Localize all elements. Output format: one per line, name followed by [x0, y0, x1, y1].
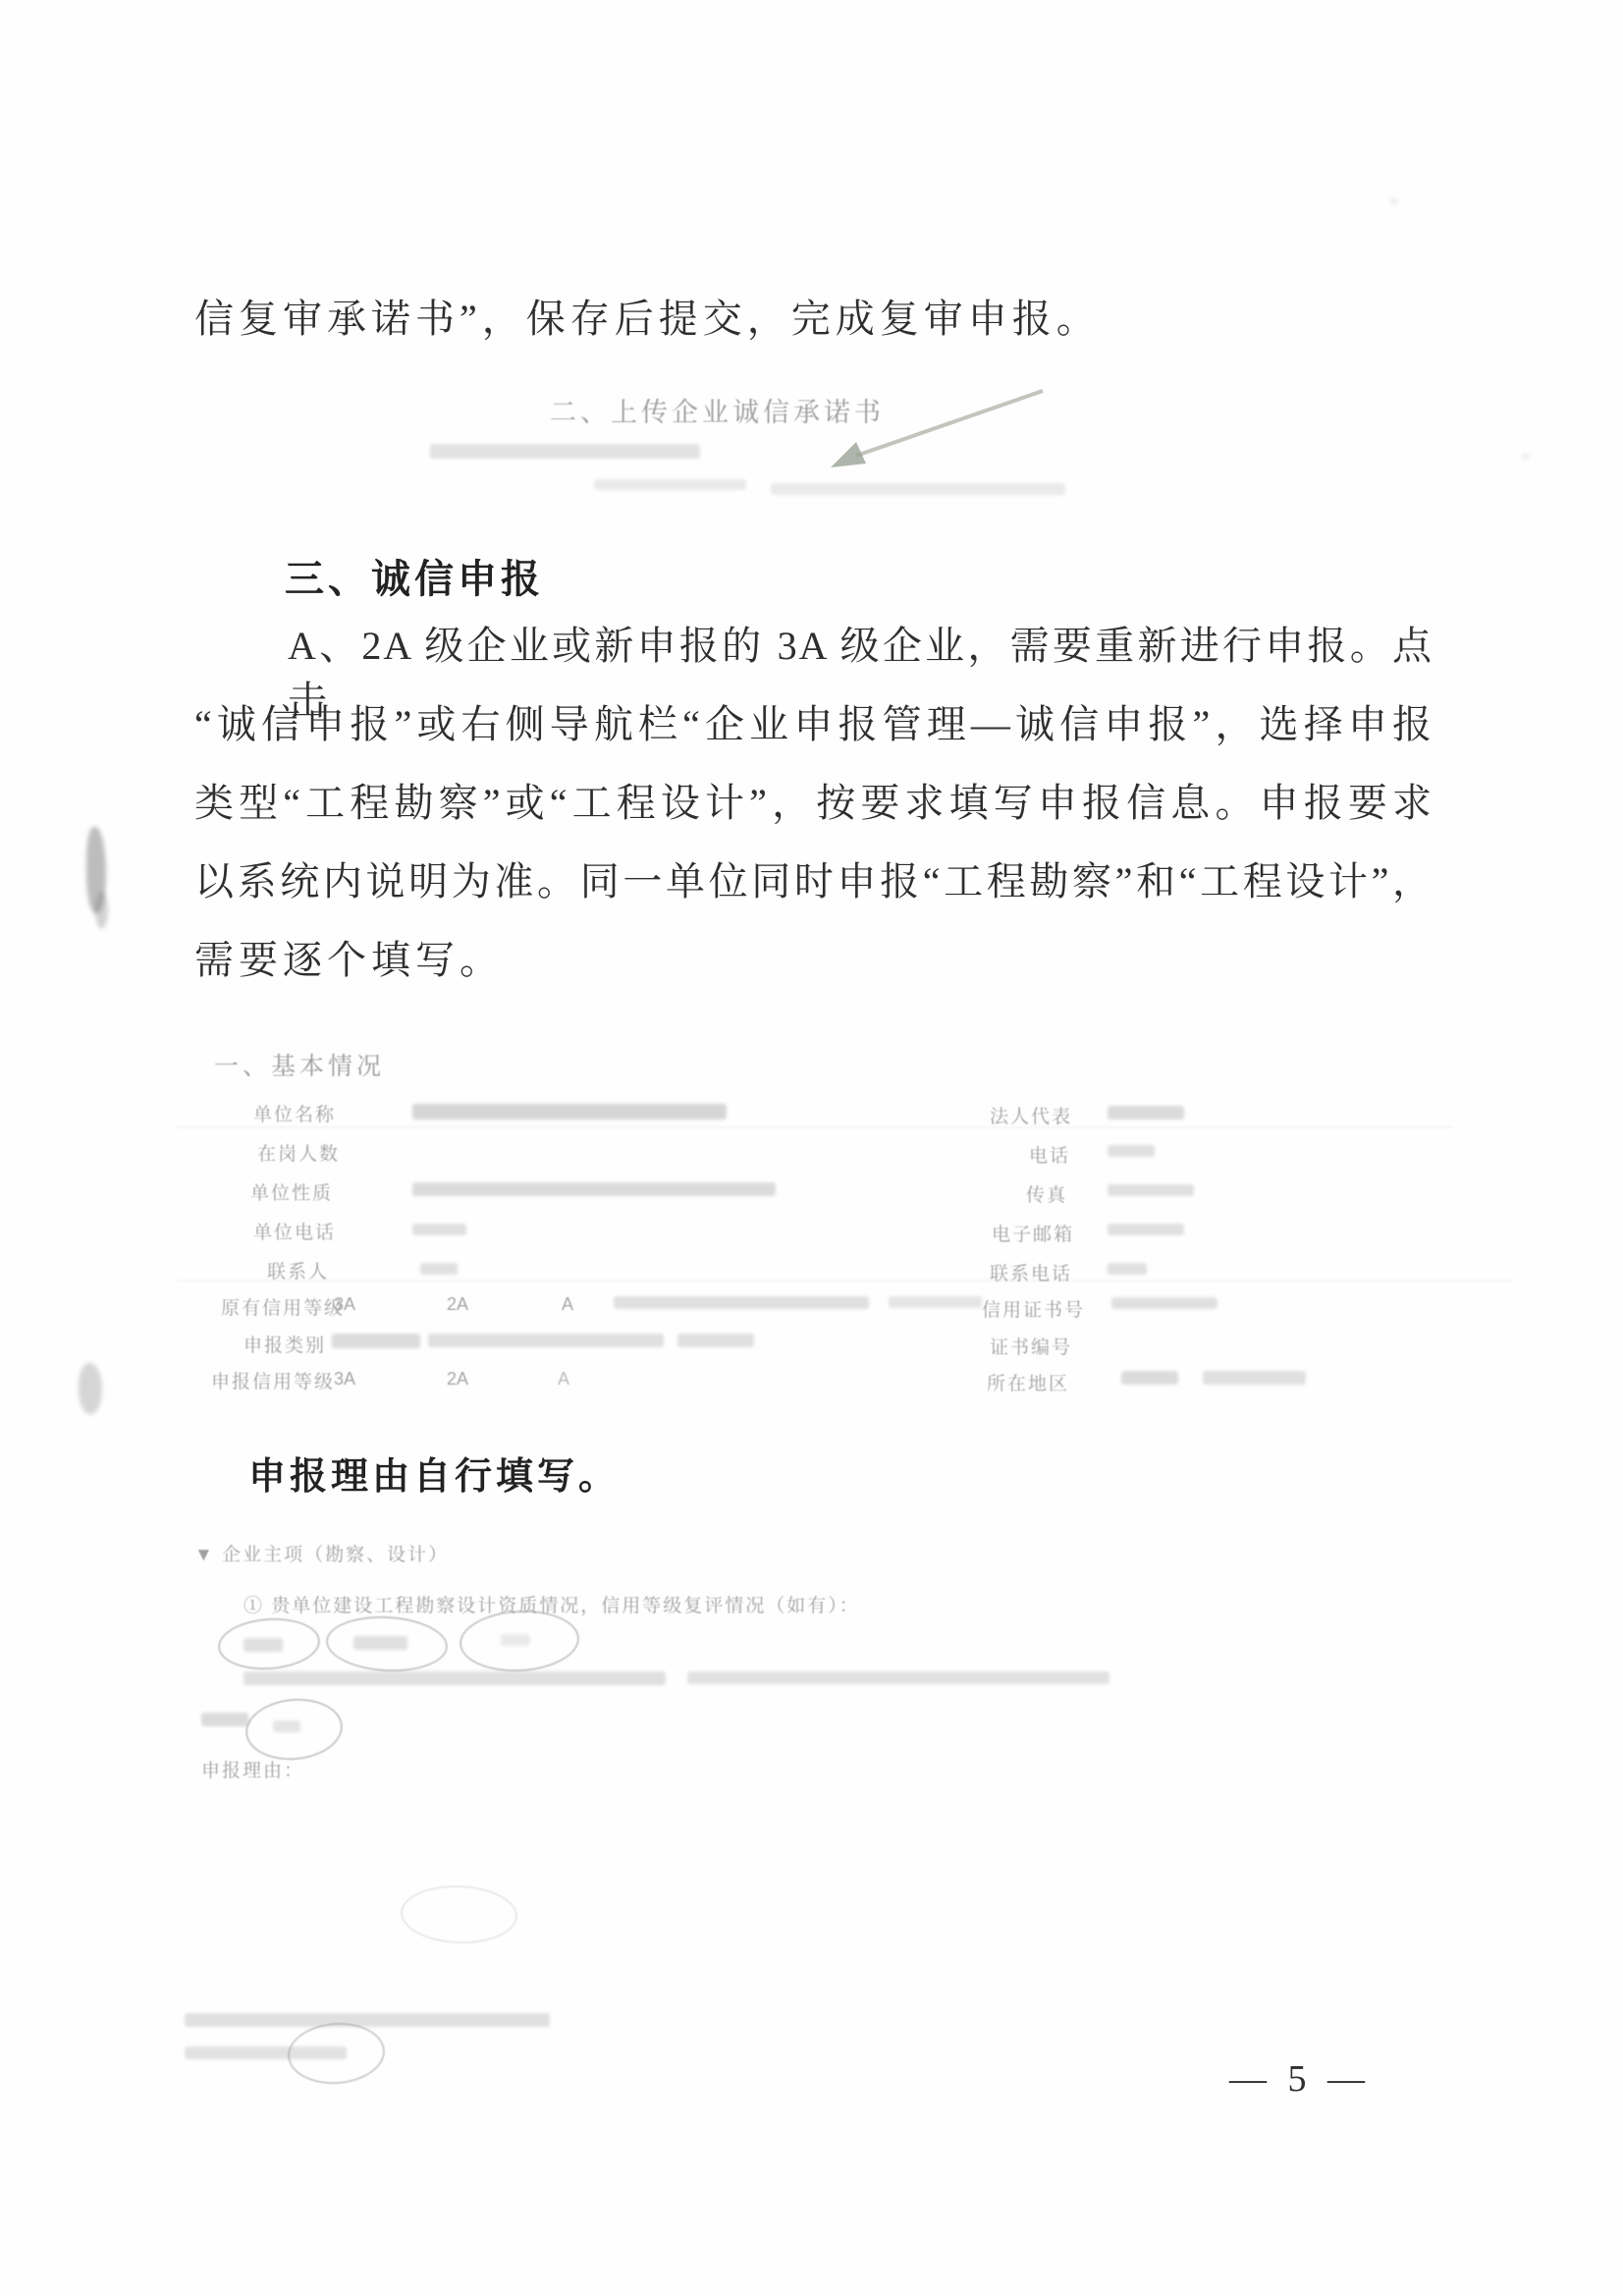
apply-grade-option: A	[558, 1369, 569, 1390]
illegible-text-blob	[412, 1182, 776, 1196]
illegible-text-blob	[332, 1334, 420, 1348]
continuation-line: 信复审承诺书”，保存后提交，完成复审申报。	[194, 292, 1101, 347]
form-field-label: 电子邮箱	[992, 1220, 1074, 1246]
document-page: 信复审承诺书”，保存后提交，完成复审申报。 二、上传企业诚信承诺书 三、诚信申报…	[0, 0, 1623, 2296]
hand-drawn-circle	[400, 1884, 518, 1945]
reason-screenshot-header: ▼ 企业主项（勘察、设计）	[194, 1540, 449, 1566]
illegible-text-blob	[771, 483, 1065, 495]
page-number: — 5 —	[1229, 2057, 1371, 2101]
form-screenshot-title: 一、基本情况	[214, 1047, 385, 1082]
illegible-text-blob	[889, 1296, 982, 1308]
illegible-text-blob	[1108, 1106, 1184, 1120]
illegible-text-blob	[1108, 1224, 1184, 1235]
annotation-arrow-icon	[805, 373, 1060, 481]
illegible-text-blob	[412, 1104, 727, 1120]
illegible-text-blob	[1108, 1184, 1194, 1196]
illegible-text-blob	[1121, 1371, 1178, 1385]
scan-smudge	[95, 892, 108, 929]
apply-grade-option: 3A	[334, 1369, 355, 1390]
paragraph-line: 类型“工程勘察”或“工程设计”，按要求填写申报信息。申报要求	[194, 776, 1434, 831]
illegible-text-blob	[687, 1671, 1109, 1684]
scan-speck	[1523, 454, 1529, 459]
illegible-text-blob	[243, 1638, 283, 1652]
paragraph-line: 以系统内说明为准。同一单位同时申报“工程勘察”和“工程设计”，	[194, 854, 1434, 909]
grade-option: 3A	[334, 1294, 355, 1315]
form-field-label: 电话	[1029, 1141, 1070, 1168]
form-field-label: 申报信用等级	[211, 1367, 335, 1394]
scan-speck	[1390, 199, 1398, 203]
form-field-label: 原有信用等级	[221, 1293, 345, 1320]
scan-noise-line	[177, 1126, 1453, 1128]
illegible-text-blob	[420, 1263, 458, 1275]
illegible-text-blob	[1108, 1263, 1147, 1275]
note-line: 申报理由自行填写。	[248, 1446, 620, 1500]
illegible-text-blob	[273, 1721, 300, 1732]
grade-option: 2A	[447, 1294, 468, 1315]
illegible-text-blob	[243, 1671, 666, 1685]
form-field-label: 单位性质	[250, 1178, 333, 1205]
illegible-text-blob	[185, 2013, 550, 2027]
grade-option: A	[562, 1294, 573, 1315]
paragraph-line: “诚信申报”或右侧导航栏“企业申报管理—诚信申报”，选择申报	[194, 697, 1434, 752]
scan-smudge	[79, 1363, 102, 1414]
form-field-label: 所在地区	[987, 1369, 1069, 1395]
hand-drawn-circle	[286, 2020, 387, 2088]
form-field-label: 单位电话	[253, 1218, 336, 1244]
apply-grade-option: 2A	[447, 1369, 468, 1390]
illegible-text-blob	[614, 1296, 869, 1309]
form-field-label: 信用证书号	[982, 1295, 1085, 1322]
paragraph-line: 需要逐个填写。	[194, 933, 504, 988]
illegible-text-blob	[201, 1713, 248, 1726]
illegible-text-blob	[677, 1334, 754, 1347]
illegible-text-blob	[594, 479, 746, 490]
form-field-label: 传真	[1026, 1180, 1067, 1207]
scan-noise-line	[177, 1280, 1512, 1282]
form-field-label: 单位名称	[253, 1100, 336, 1126]
illegible-text-blob	[501, 1634, 530, 1646]
illegible-text-blob	[428, 1334, 664, 1347]
illegible-text-blob	[1108, 1145, 1155, 1157]
form-field-label: 证书编号	[990, 1333, 1072, 1359]
illegible-text-blob	[1111, 1297, 1217, 1309]
reason-field-label: 申报理由：	[201, 1756, 304, 1782]
illegible-text-blob	[412, 1224, 466, 1235]
form-field-label: 法人代表	[990, 1102, 1072, 1128]
illegible-text-blob	[1203, 1371, 1306, 1385]
illegible-text-blob	[353, 1636, 407, 1650]
form-field-label: 在岗人数	[257, 1139, 340, 1166]
illegible-text-blob	[430, 444, 700, 459]
form-field-label: 申报类别	[243, 1331, 326, 1357]
section-heading: 三、诚信申报	[285, 548, 544, 604]
